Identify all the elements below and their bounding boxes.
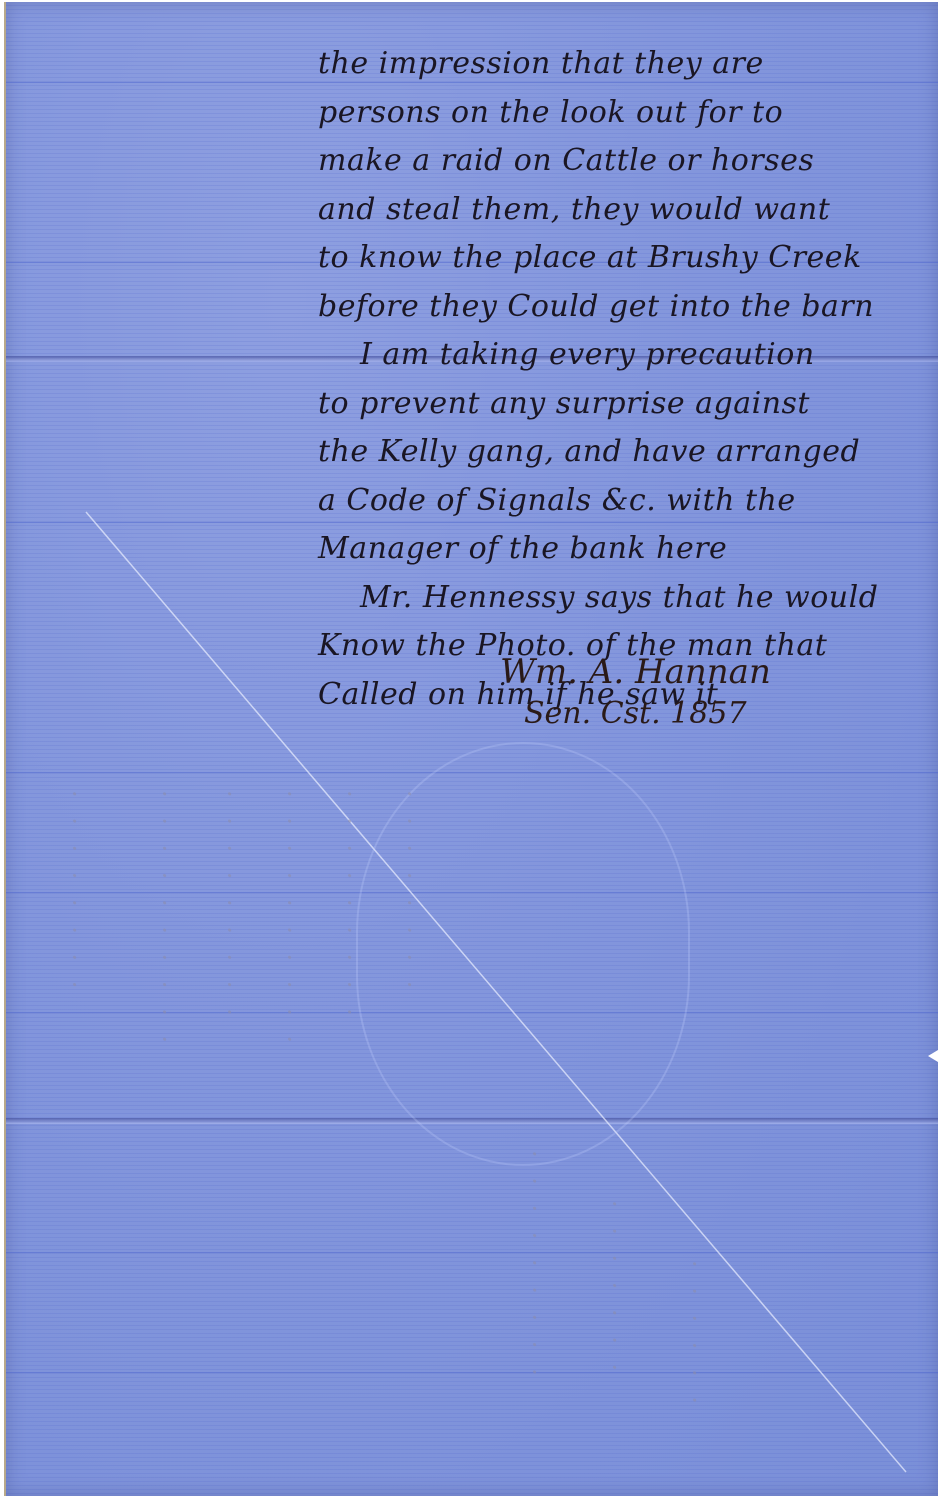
signature-name: Wm. A. Hannan <box>500 650 900 694</box>
letter-line: Mr. Hennessy says that he would <box>318 574 928 623</box>
bleed-through-text: · · · · · · <box>680 1260 708 1410</box>
letter-line: before they Could get into the barn <box>318 283 928 332</box>
letter-line: the Kelly gang, and have arranged <box>318 428 928 477</box>
letter-line: persons on the look out for to <box>318 89 928 138</box>
bleed-through-text: · · · · · · · · · <box>520 1150 548 1382</box>
bleed-through-text: · · · · · · · · <box>395 790 423 994</box>
letter-line: I am taking every precaution <box>318 331 928 380</box>
ruled-line <box>6 1252 938 1253</box>
letter-line: Manager of the bank here <box>318 525 928 574</box>
signature-rank: Sen. Cst. 1857 <box>500 694 900 734</box>
letter-line: and steal them, they would want <box>318 186 928 235</box>
ruled-line <box>6 1372 938 1373</box>
letter-line: the impression that they are <box>318 40 928 89</box>
bleed-through-text: · · · · · · · · · · <box>150 790 178 1049</box>
bleed-through-text: · · · · · · · · · <box>215 790 243 1022</box>
letter-line: to prevent any surprise against <box>318 380 928 429</box>
bleed-through-text: · · · · · · · <box>600 1200 628 1377</box>
bleed-through-text: · · · · · · · · · · <box>275 790 303 1049</box>
letter-body: the impression that they are persons on … <box>318 40 928 719</box>
bleed-through-text: · · · · · · · · · <box>335 790 363 1022</box>
letter-line: make a raid on Cattle or horses <box>318 137 928 186</box>
signature-block: Wm. A. Hannan Sen. Cst. 1857 <box>500 650 900 734</box>
letter-line: to know the place at Brushy Creek <box>318 234 928 283</box>
letter-line: a Code of Signals &c. with the <box>318 477 928 526</box>
bleed-through-text: · · · · · · · · <box>60 790 88 994</box>
